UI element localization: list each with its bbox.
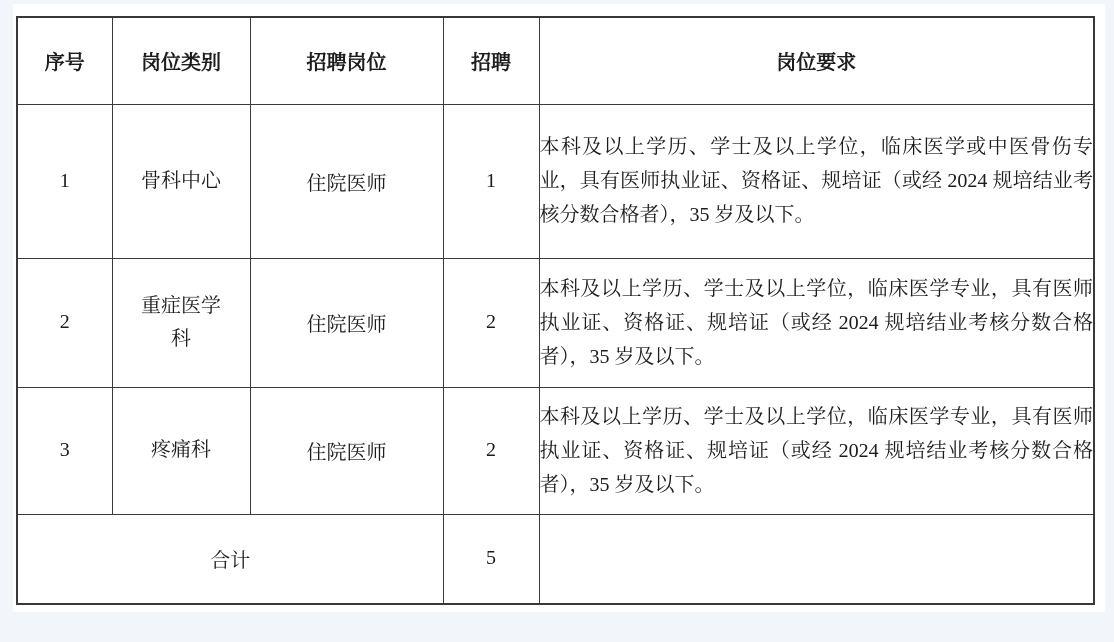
category-text: 重症医学科 [133, 290, 229, 356]
cell-no: 3 [17, 387, 112, 514]
total-count-cell: 5 [443, 514, 539, 604]
cell-no: 2 [17, 258, 112, 387]
category-text: 疼痛科 [151, 434, 211, 467]
cell-category: 疼痛科 [112, 387, 250, 514]
total-row: 合计 5 [17, 514, 1094, 604]
total-label-cell: 合计 [17, 514, 443, 604]
header-cell-count: 招聘 [443, 17, 539, 104]
header-cell-no: 序号 [17, 17, 112, 104]
cell-position: 住院医师 [250, 258, 443, 387]
table-row: 3 疼痛科 住院医师 2 本科及以上学历、学士及以上学位，临床医学专业，具有医师… [17, 387, 1094, 514]
cell-position: 住院医师 [250, 104, 443, 258]
table-row: 1 骨科中心 住院医师 1 本科及以上学历、学士及以上学位，临床医学或中医骨伤专… [17, 104, 1094, 258]
cell-position: 住院医师 [250, 387, 443, 514]
category-text: 骨科中心 [141, 165, 221, 198]
cell-count: 2 [443, 387, 539, 514]
cell-category: 重症医学科 [112, 258, 250, 387]
total-requirements-cell [539, 514, 1094, 604]
cell-count: 1 [443, 104, 539, 258]
header-cell-category: 岗位类别 [112, 17, 250, 104]
cell-count: 2 [443, 258, 539, 387]
header-cell-requirements: 岗位要求 [539, 17, 1094, 104]
header-row: 序号 岗位类别 招聘岗位 招聘 岗位要求 [17, 17, 1094, 104]
cell-requirements: 本科及以上学历、学士及以上学位，临床医学专业，具有医师执业证、资格证、规培证（或… [539, 258, 1094, 387]
header-cell-position: 招聘岗位 [250, 17, 443, 104]
recruitment-table: 序号 岗位类别 招聘岗位 招聘 岗位要求 1 骨科中心 住院医师 1 本科及以上… [16, 16, 1095, 605]
cell-no: 1 [17, 104, 112, 258]
document-page: 序号 岗位类别 招聘岗位 招聘 岗位要求 1 骨科中心 住院医师 1 本科及以上… [13, 4, 1105, 612]
table-row: 2 重症医学科 住院医师 2 本科及以上学历、学士及以上学位，临床医学专业，具有… [17, 258, 1094, 387]
cell-category: 骨科中心 [112, 104, 250, 258]
cell-requirements: 本科及以上学历、学士及以上学位，临床医学或中医骨伤专业，具有医师执业证、资格证、… [539, 104, 1094, 258]
cell-requirements: 本科及以上学历、学士及以上学位，临床医学专业，具有医师执业证、资格证、规培证（或… [539, 387, 1094, 514]
